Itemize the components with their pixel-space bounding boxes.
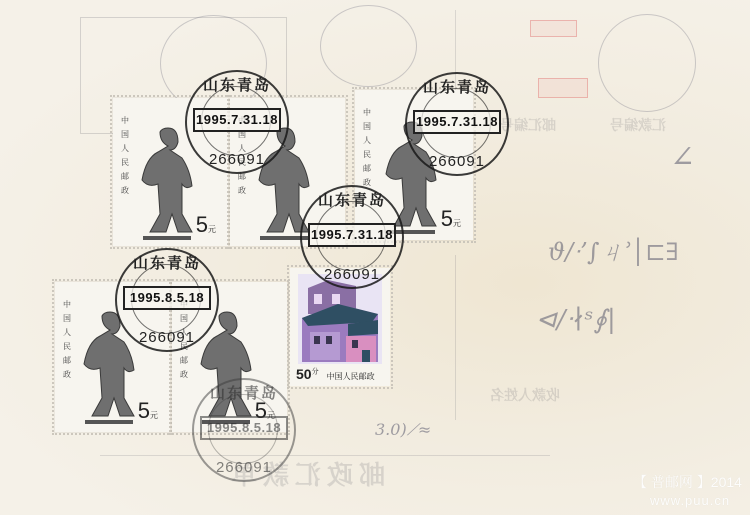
handwriting-note: ϑ/ᐧʼ∫ㄐʾ│⊏∃: [548, 232, 679, 267]
handwriting-note: 3.0)⟋≈: [375, 420, 431, 440]
red-seal-mark: [530, 20, 577, 37]
handwriting-mark: ∠: [670, 140, 695, 175]
stamp-denomination: 50分中国人民邮政: [296, 366, 375, 382]
postmark: 山东青岛 1995.7.31.18 266091: [185, 70, 289, 174]
postmark: 山东青岛 1995.8.5.18 266091: [115, 248, 219, 352]
watermark-site-name: 【 普邮网 】2014: [633, 472, 742, 492]
stamp-country: 中国人民邮政: [63, 298, 75, 382]
stamp-country: 中国人民邮政: [327, 372, 375, 381]
postmark: 山东青岛 1995.7.31.18 266091: [405, 72, 509, 176]
red-seal-mark: [538, 78, 588, 98]
reverse-form-divider: [455, 255, 456, 420]
stamp-denomination: 5元: [138, 398, 158, 424]
document-paper: 邮汇编号 汇款编号 收款人姓名 邮政汇款单 3月31日起已到期 ϑ/ᐧʼ∫ㄐʾ│…: [0, 0, 750, 515]
watermark-url: www.puu.cn: [650, 493, 730, 508]
postmark: 山东青岛 1995.8.5.18 266091: [192, 378, 296, 482]
stamp-country: 中国人民邮政: [121, 114, 133, 198]
stamp-denomination: 5元: [441, 206, 461, 232]
postmark: 山东青岛 1995.7.31.18 266091: [300, 185, 404, 289]
stamp-denomination: 5元: [196, 212, 216, 238]
faint-postmark: [598, 14, 696, 112]
reverse-text: 汇款编号: [610, 115, 666, 135]
handwriting-note: ⊲∕ᐧ∤ˢ∮|: [535, 305, 616, 335]
stamp-country: 中国人民邮政: [363, 106, 375, 190]
faint-postmark: [320, 5, 417, 87]
